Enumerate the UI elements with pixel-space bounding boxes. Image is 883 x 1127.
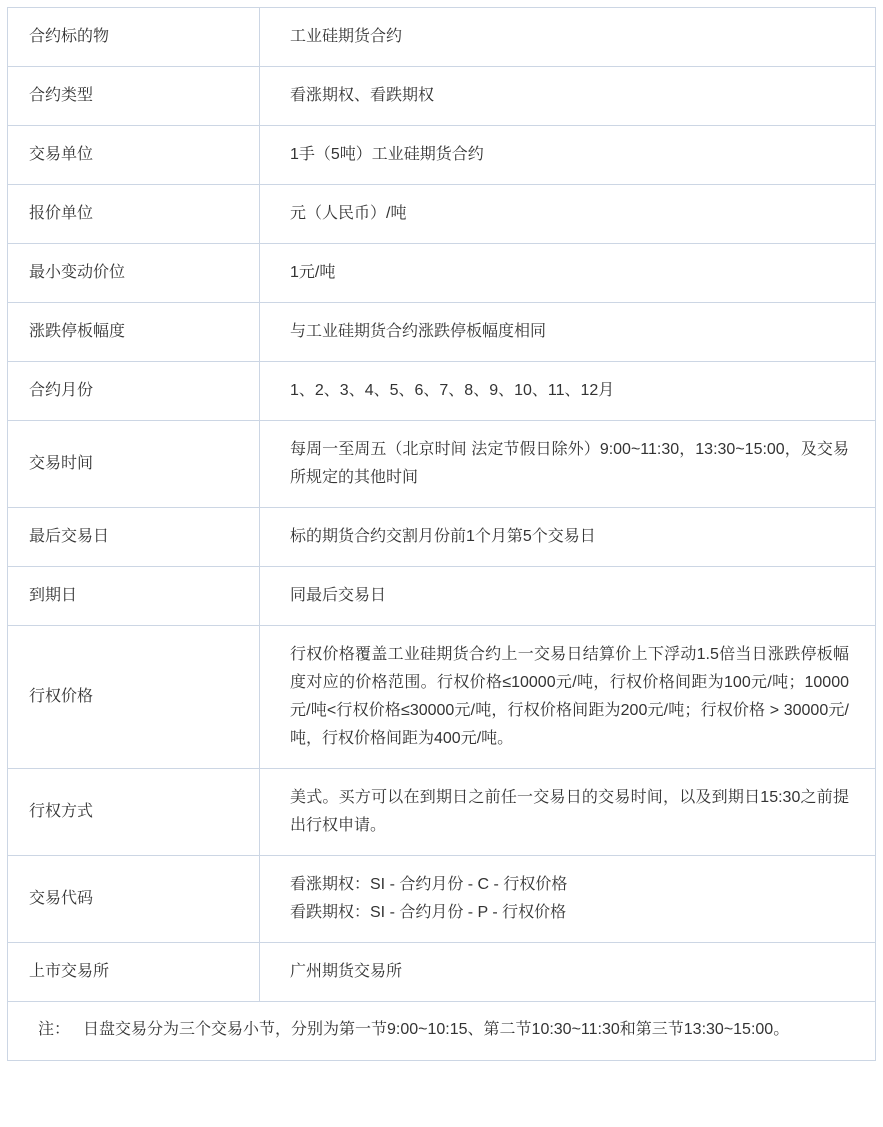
- row-label: 合约月份: [8, 362, 260, 420]
- row-label: 报价单位: [8, 185, 260, 243]
- table-note-row: 注： 日盘交易分为三个交易小节，分别为第一节9:00~10:15、第二节10:3…: [8, 1002, 875, 1060]
- value-text: 美式。买方可以在到期日之前任一交易日的交易时间，以及到期日15:30之前提出行权…: [290, 784, 849, 840]
- row-label: 最小变动价位: [8, 244, 260, 302]
- value-text: 标的期货合约交割月份前1个月第5个交易日: [290, 523, 849, 551]
- label-text: 行权方式: [29, 798, 93, 826]
- table-row-last-trading-day: 最后交易日 标的期货合约交割月份前1个月第5个交易日: [8, 508, 875, 567]
- row-value: 工业硅期货合约: [260, 8, 875, 66]
- table-row-contract-months: 合约月份 1、2、3、4、5、6、7、8、9、10、11、12月: [8, 362, 875, 421]
- row-label: 合约类型: [8, 67, 260, 125]
- label-text: 交易单位: [29, 141, 93, 169]
- row-value: 广州期货交易所: [260, 943, 875, 1001]
- table-row-trading-hours: 交易时间 每周一至周五（北京时间 法定节假日除外）9:00~11:30，13:3…: [8, 421, 875, 508]
- value-text: 元（人民币）/吨: [290, 200, 849, 228]
- table-row-trading-unit: 交易单位 1手（5吨）工业硅期货合约: [8, 126, 875, 185]
- label-text: 交易时间: [29, 450, 93, 478]
- label-text: 交易代码: [29, 885, 93, 913]
- value-text: 1手（5吨）工业硅期货合约: [290, 141, 849, 169]
- label-text: 合约类型: [29, 82, 93, 110]
- label-text: 行权价格: [29, 683, 93, 711]
- row-value: 1、2、3、4、5、6、7、8、9、10、11、12月: [260, 362, 875, 420]
- row-value: 与工业硅期货合约涨跌停板幅度相同: [260, 303, 875, 361]
- row-value: 1元/吨: [260, 244, 875, 302]
- row-value: 元（人民币）/吨: [260, 185, 875, 243]
- value-text: 每周一至周五（北京时间 法定节假日除外）9:00~11:30，13:30~15:…: [290, 436, 849, 492]
- row-value: 同最后交易日: [260, 567, 875, 625]
- note-prefix: 注：: [38, 1016, 70, 1044]
- value-text: 1、2、3、4、5、6、7、8、9、10、11、12月: [290, 377, 849, 405]
- value-text: 行权价格覆盖工业硅期货合约上一交易日结算价上下浮动1.5倍当日涨跌停板幅度对应的…: [290, 641, 849, 753]
- table-row-strike-price: 行权价格 行权价格覆盖工业硅期货合约上一交易日结算价上下浮动1.5倍当日涨跌停板…: [8, 626, 875, 769]
- value-line-call: 看涨期权：SI - 合约月份 - C - 行权价格: [290, 871, 849, 899]
- table-row-quote-unit: 报价单位 元（人民币）/吨: [8, 185, 875, 244]
- table-row-exercise-style: 行权方式 美式。买方可以在到期日之前任一交易日的交易时间，以及到期日15:30之…: [8, 769, 875, 856]
- row-label: 行权方式: [8, 769, 260, 855]
- note-text: 日盘交易分为三个交易小节，分别为第一节9:00~10:15、第二节10:30~1…: [83, 1016, 851, 1044]
- table-row-underlying: 合约标的物 工业硅期货合约: [8, 8, 875, 67]
- value-text: 广州期货交易所: [290, 958, 849, 986]
- table-row-contract-type: 合约类型 看涨期权、看跌期权: [8, 67, 875, 126]
- row-label: 交易代码: [8, 856, 260, 942]
- label-text: 涨跌停板幅度: [29, 318, 125, 346]
- row-label: 上市交易所: [8, 943, 260, 1001]
- value-text: 看涨期权、看跌期权: [290, 82, 849, 110]
- row-value: 1手（5吨）工业硅期货合约: [260, 126, 875, 184]
- label-text: 到期日: [29, 582, 77, 610]
- label-text: 最小变动价位: [29, 259, 125, 287]
- row-label: 合约标的物: [8, 8, 260, 66]
- value-text: 工业硅期货合约: [290, 23, 849, 51]
- value-text: 1元/吨: [290, 259, 849, 287]
- row-value: 美式。买方可以在到期日之前任一交易日的交易时间，以及到期日15:30之前提出行权…: [260, 769, 875, 855]
- row-value: 每周一至周五（北京时间 法定节假日除外）9:00~11:30，13:30~15:…: [260, 421, 875, 507]
- row-label: 到期日: [8, 567, 260, 625]
- value-lines: 看涨期权：SI - 合约月份 - C - 行权价格 看跌期权：SI - 合约月份…: [290, 871, 849, 927]
- row-label: 交易单位: [8, 126, 260, 184]
- contract-spec-table: 合约标的物 工业硅期货合约 合约类型 看涨期权、看跌期权 交易单位 1手（5吨）…: [7, 7, 876, 1061]
- value-text: 同最后交易日: [290, 582, 849, 610]
- label-text: 报价单位: [29, 200, 93, 228]
- value-line-put: 看跌期权：SI - 合约月份 - P - 行权价格: [290, 899, 849, 927]
- label-text: 上市交易所: [29, 958, 109, 986]
- row-value: 标的期货合约交割月份前1个月第5个交易日: [260, 508, 875, 566]
- label-text: 最后交易日: [29, 523, 109, 551]
- row-value: 看涨期权：SI - 合约月份 - C - 行权价格 看跌期权：SI - 合约月份…: [260, 856, 875, 942]
- table-row-price-limit: 涨跌停板幅度 与工业硅期货合约涨跌停板幅度相同: [8, 303, 875, 362]
- table-row-min-tick: 最小变动价位 1元/吨: [8, 244, 875, 303]
- row-label: 最后交易日: [8, 508, 260, 566]
- row-label: 交易时间: [8, 421, 260, 507]
- table-row-expiry-date: 到期日 同最后交易日: [8, 567, 875, 626]
- table-row-trading-code: 交易代码 看涨期权：SI - 合约月份 - C - 行权价格 看跌期权：SI -…: [8, 856, 875, 943]
- row-value: 行权价格覆盖工业硅期货合约上一交易日结算价上下浮动1.5倍当日涨跌停板幅度对应的…: [260, 626, 875, 768]
- row-label: 行权价格: [8, 626, 260, 768]
- row-label: 涨跌停板幅度: [8, 303, 260, 361]
- label-text: 合约标的物: [29, 23, 109, 51]
- label-text: 合约月份: [29, 377, 93, 405]
- value-text: 与工业硅期货合约涨跌停板幅度相同: [290, 318, 849, 346]
- table-row-exchange: 上市交易所 广州期货交易所: [8, 943, 875, 1002]
- row-value: 看涨期权、看跌期权: [260, 67, 875, 125]
